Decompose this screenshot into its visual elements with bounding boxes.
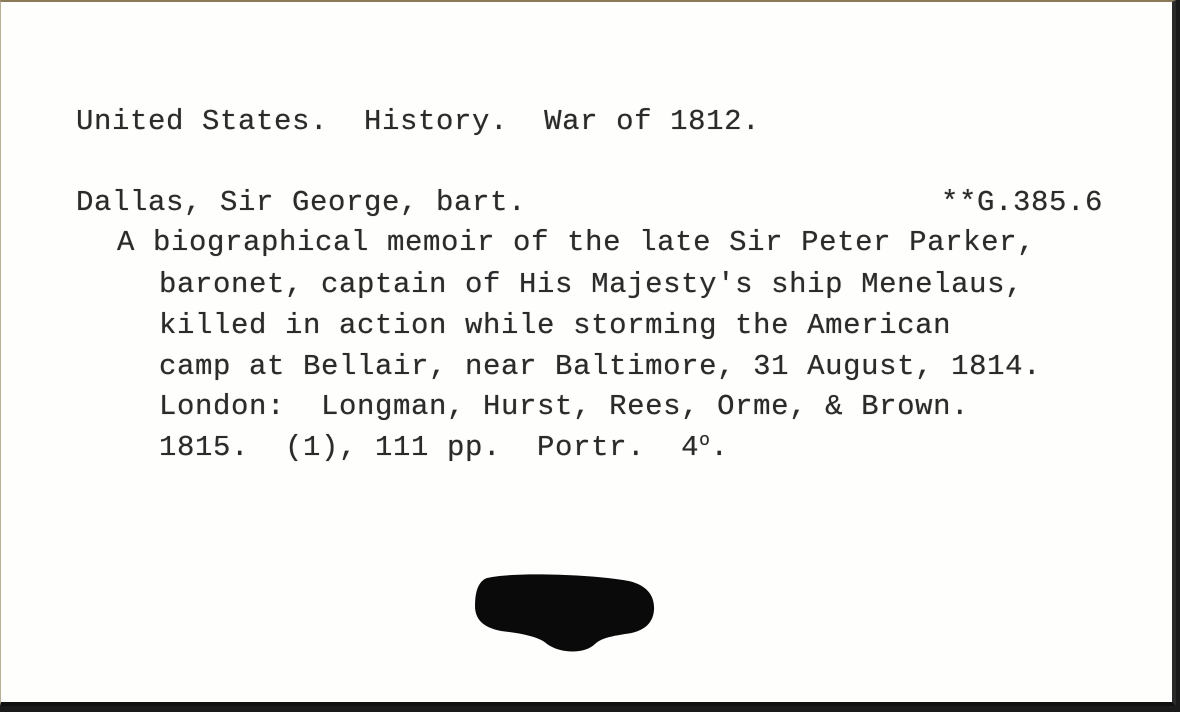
- call-number: **G.385.6: [941, 185, 1103, 221]
- title-line-1: A biographical memoir of the late Sir Pe…: [117, 225, 1035, 261]
- imprint-publisher: London: Longman, Hurst, Rees, Orme, & Br…: [159, 389, 969, 425]
- format-superscript: o: [699, 431, 710, 451]
- author-entry: Dallas, Sir George, bart.: [76, 185, 526, 221]
- punch-hole-blot-icon: [473, 572, 655, 654]
- collation-text: 1815. (1), 111 pp. Portr. 4: [159, 431, 699, 464]
- subject-heading: United States. History. War of 1812.: [76, 104, 760, 140]
- catalog-card: United States. History. War of 1812. Dal…: [0, 0, 1176, 706]
- title-line-4: camp at Bellair, near Baltimore, 31 Augu…: [159, 349, 1041, 385]
- title-line-3: killed in action while storming the Amer…: [159, 308, 951, 344]
- title-line-2: baronet, captain of His Majesty's ship M…: [159, 267, 1023, 303]
- imprint-collation: 1815. (1), 111 pp. Portr. 4o.: [159, 430, 729, 466]
- collation-end: .: [711, 431, 729, 464]
